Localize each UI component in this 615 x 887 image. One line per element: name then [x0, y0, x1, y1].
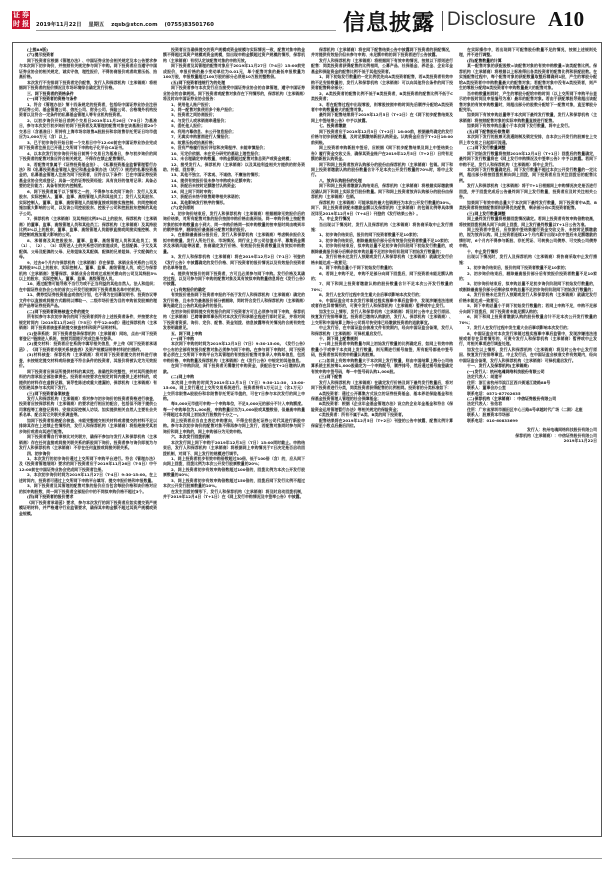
paragraph: 2、初步询价结束后，剔除最高报价部分后有效报价投资者数量不足10家的； [459, 271, 597, 282]
paragraph: 9、中国证监会对本次发行承销过程实施事中事后监管中，发现涉嫌违法违规或者存在异常… [311, 298, 453, 309]
issue-weekday: 星期五 [88, 22, 104, 28]
paragraph: 网下初始发行数量将按照2019年12月4日（T+1日）回拨后的数量确定，最终网下… [459, 151, 597, 167]
paragraph: 本次网下申购的时间为2019年12月3日（T日）9:30-15:00。《发行公告… [163, 341, 305, 363]
paragraph: 4、以本次发行初步询价开始日前两个交易日为基准日，参与初步询价的网下投资者的配售… [19, 151, 157, 162]
paragraph: 某一配售对象的获配股数=该配售对象的有效申购数量×该类配售比例。保荐机构（主承销… [459, 63, 597, 90]
paragraph: 配售结果将在2019年12月5日（T+2日）刊登的公告中披露，配售比例计算保留至… [311, 418, 453, 429]
paragraph: 所有拟参与本次初步询价的网下投资者须符合上述投资者条件，并按要求在规定时间内（2… [19, 314, 157, 330]
section-title-en: Disclosure [447, 9, 536, 31]
paragraph: 3、网上投资者初步有效申购倍数超过150倍的，回拨后网下发行比例不超过本次公开发… [163, 478, 305, 489]
paragraph: B类投资者：根据《企业年金基金管理办法》设立的企业年金基金和符合《保险资金运用管… [311, 401, 453, 412]
paragraph: 10、通过配售可能导致不当行为或不正当利益的其他自然人、法人和组织；在中国证券业… [19, 281, 157, 292]
paragraph: 3、已于初步询价开始日前一个交易日中午12:00前在中国证券业协会完成网下投资者… [19, 140, 157, 151]
paragraph: 网上投资者中签后，应依据中签结果履行资金交收义务，未按时足额缴款的，视为放弃认购… [459, 227, 597, 249]
paragraph: 6、若网上申购不足，申购不足部分向网下回拨后，网下投资者未能足额认购的； [311, 271, 453, 282]
paragraph: 当申购数量相同时，产生的零股分配给申购时间（以上交所网下申购平台显示的申报时间及… [459, 91, 597, 113]
paragraph: (2)提交材料：投资者应在系统中填写相关信息，并上传《网下投资者承诺函》、《网下… [19, 341, 157, 352]
paragraph: 11、未合理确定申购数量，申购金额超过配售对象总资产或资金规模； [163, 156, 305, 161]
paragraph: 1、网下初始发行数量的一定比例优先向A类投资者配售，若A类投资者有效申购不足安排… [311, 74, 453, 90]
paragraph: 3、若在配售过程中出现零股，则零股按照申购时间先后顺序分配给A类投资者中申购数量… [311, 102, 453, 113]
paragraph: 1、网上投资者初步有效申购倍数超过50倍、低于100倍（含）的，应从网下向网上回… [163, 456, 305, 467]
paragraph: 如果网下有效申购总量大于本次网下最终发行数量，网下投资者中A类、B类投资者将按照… [459, 200, 597, 211]
paragraph: 3、网下投资者及其管理的配售对象的报价应当包含每股价格和该价格对应的拟申购股数，… [19, 483, 157, 494]
signature-date: 2019年11月22日 [459, 438, 597, 443]
issue-date: 2019年11月22日 [36, 22, 82, 28]
paragraph: (一)网上投资者申购数量与网上初始发行数量的比例确定后，如网上有效申购数量小于或… [311, 341, 453, 357]
paragraph: 网下和网上投资者缴款认购结束后，保荐机构（主承销商）将根据实际缴款情况确认网下和… [311, 183, 453, 199]
paragraph: 网下和网上投资者放弃认购部分的股份由保荐机构（主承销商）包销。网下和网上投资者缴… [311, 162, 453, 178]
paragraph: 本次网下发行数量确定后，网下发行数量不超过本次公开发行数量的一定比例，超出部分将… [459, 167, 597, 183]
paragraph: 8、承销商及其控股股东、董事、监事、高级管理人员和其他员工；第（1）、（2）、（… [19, 238, 157, 260]
paragraph: 如网下投资者拒绝配合核查、未能完整提交相关材料或者提交的材料不足以排除其存在上述… [19, 418, 157, 434]
paragraph: 保荐机构（主承销商）可能承担的最大包销责任为本次公开发行数量的30%。网下、网上… [311, 200, 453, 216]
masthead: 证 券 时 报 2019年11月22日 星期五 zqsb@stcn.com (0… [0, 0, 615, 36]
paragraph: 投资者应当确保提交的资产规模或资金规模与实际情况一致，配售对象申购金额不得超过其… [163, 47, 305, 63]
paragraph: 网下投资者需自行审核比对关联方，确保不参加与发行人和保荐机构（主承销商）存在任何… [19, 434, 157, 450]
paragraph: 如果网下有效申购总量等于本次网下最终发行数量，发行人和保荐机构（主承销商）将按照… [459, 112, 597, 123]
paragraph: 网下投资者及其管理的配售对象应于2019年11月27日（T-4日）15:00前完… [163, 63, 305, 79]
paragraph: 9、过去6个月内与保荐机构（主承销商）存在保荐、承销业务关系的公司及其持股5%以… [19, 260, 157, 282]
paragraph: 8、中国证监会对本次发行承销过程实施事中事后监管中，发现涉嫌违法违规或者存在异常… [459, 331, 597, 347]
paragraph: 网下投资者参与本次发行应当接受中国证券业协会的自律管理，遵守中国证券业协会的自律… [163, 85, 305, 101]
contact-email: zqsb@stcn.com [111, 22, 157, 28]
paragraph: 12、接受发行人、保荐机构（主承销商）以及其他利益相关方提供的财务资助、补偿、回… [163, 162, 305, 173]
column-1: (上接A9版)(六)提示投资者网下投资者应根据《管理办法》、中国证券业协会相关规… [19, 47, 157, 832]
paragraph: 有效报价是指网下投资者申报的不低于发行人和保荐机构（主承销商）确定的发行价格，且… [163, 292, 305, 308]
paragraph: 本次网上申购的时间为2019年12月3日（T日）9:30-11:30，13:00… [163, 380, 305, 402]
paragraph: 最终网下配售结果将于2019年12月5日（T+2日）在《网下初步配售结果及网上中… [311, 112, 453, 123]
column-4: 在实际操作中，若出现网下可配售股份数量不足的情况，按照上述规则处理，并不进行调整… [459, 47, 597, 832]
logo-char: 证 [12, 11, 21, 20]
paragraph: 4、提供有效报价的网下投资者，方可且必须参与网下申购。发行价格及其确定过程，以及… [163, 271, 305, 287]
paragraph: 2、在剔除最高部分报价后，发行人和保荐机构（主承销商）考虑剩余报价及拟申购数量、… [163, 232, 305, 254]
footer-rule [12, 858, 602, 859]
masthead-rule [36, 30, 336, 31]
paragraph: 发行人和保荐机构（主承销商）将根据网下有效申购情况，按照以下原则进行配售：同类投… [311, 58, 453, 74]
paragraph: 1、初步询价结束后，发行人和保荐机构（主承销商）根据剔除无效报价后的询价结果，对… [163, 211, 305, 233]
paragraph: 6、网下和网上投资者缴款认购的股份数量合计不足本次公开发行数量的70%； [459, 314, 597, 325]
column-3: 保荐机构（主承销商）将在网下配售结果公告中披露网下投资者的获配情况，并对提供有效… [311, 47, 453, 832]
column-2: 投资者应当确保提交的资产规模或资金规模与实际情况一致，配售对象申购金额不得超过其… [163, 47, 305, 832]
paragraph: (3)材料核查：保荐机构（主承销商）将对网下投资者提交的材料进行核查，未按规定提… [19, 352, 157, 368]
paragraph: 1、符合《管理办法》第十四条规定的投资者，包括经中国证券业协会注册的证券公司、基… [19, 102, 157, 118]
paragraph: 6、网下投资者属于以下情形之一的，不得参与本次网下询价：发行人及其股东、实际控制… [19, 189, 157, 216]
paragraph: 2、网上投资者初步有效申购倍数超过100倍的，回拨比例为本次公开发行股票数量的4… [163, 467, 305, 478]
paragraph: A类投资者：通过公开募集方式设立的证券投资基金、基本养老保险基金和社保基金投资管… [311, 391, 453, 402]
article-frame: (上接A9版)(六)提示投资者网下投资者应根据《管理办法》、中国证券业协会相关规… [12, 42, 602, 837]
paragraph: 3、初步询价结束后，拟申购总量不足初步询价阶段网下初始发行数量的，或剔除最高报价… [459, 281, 597, 292]
masthead-meta: 2019年11月22日 星期五 zqsb@stcn.com (0755)8350… [36, 21, 219, 28]
paragraph: 5、网下申购总量小于网下初始发行数量的；若网上申购不足，申购不足部分向网下回拨后… [459, 303, 597, 314]
paragraph: 3、发行人和保荐机构（主承销商）将在2019年12月2日（T-1日）刊登的《发行… [163, 254, 305, 270]
paragraph: 中止发行后，在中国证监会核准文件有效期内，经向中国证监会备案，发行人和保荐机构（… [311, 325, 453, 336]
paragraph: 2、A类投资者的配售比例不低于B类投资者，B类投资者的配售比例不低于C类投资者； [311, 91, 453, 102]
paragraph: 4、发行价格未达发行人预期或发行人和保荐机构（主承销商）就确定发行价格未能达成一… [459, 292, 597, 303]
logo-char: 报 [21, 20, 30, 29]
paragraph: 在网下申购阶段，网下投资者无需缴付申购资金，获配后在T+2日缴纳认购款。 [163, 363, 305, 374]
paragraph: 当出现以下情况时，发行人及保荐机构（主承销商）将协商采取中止发行措施： [311, 222, 453, 233]
paragraph: (1)登录系统：网下投资者登录保荐机构（主承销商）网站，点击“网下投资者登记”链… [19, 331, 157, 342]
paragraph: (二)如网上有效申购数量大于本次网上发行数量，则由中国结算上海分公司结算系统主机… [311, 358, 453, 374]
paragraph: 在发生回拨的情形下，发行人和保荐机构（主承销商）将及时启动回拨机制，并于2019… [163, 489, 305, 500]
paragraph: 出现以下情况时，发行人及保荐机构（主承销商）将协商采取中止发行措施： [459, 254, 597, 265]
paragraph: 2、本次初步询价时间为2019年11月27日（T-4日）9:30-15:00。在… [19, 472, 157, 483]
newspaper-logo: 证 券 时 报 [12, 11, 30, 29]
paragraph: 1、本次发行的初步询价通过上交所网下申购平台进行。符合《管理办法》及《投资者管理… [19, 456, 157, 472]
paragraph: 5、若配售对象属于《证券投资基金法》、《私募投资基金监督管理暂行办法》和《私募投… [19, 162, 157, 189]
paragraph: 网下投资者应于2019年12月5日（T+2日）16:00前，根据最终确定的发行价… [311, 129, 453, 145]
paragraph: 网上投资者申购新股中签后，应根据《网下初步配售结果及网上中签结果公告》履行资金交… [311, 145, 453, 161]
paragraph: 网下投资者应保证所提供材料的真实性、准确性和完整性，并对其所提供材料的内容承担全… [19, 369, 157, 391]
paragraph: 4、发行价格未达发行人预期或发行人和保荐机构（主承销商）就确定发行价格未能达成一… [311, 254, 453, 265]
paragraph: 网下投资者应根据《管理办法》、中国证券业协会相关规定及本公告要求参与本次网下初步… [19, 58, 157, 80]
section-title: 信息披露 [343, 6, 435, 37]
paragraph: 如发生以上情形，发行人和保荐机构（主承销商）将及时公告中止发行原因、恢复发行安排… [459, 347, 597, 363]
paragraph: 网上投资者应当自主表达申购意向，不得全权委托证券公司代其进行新股申购。参与本次初… [163, 418, 305, 434]
logo-char: 券 [21, 11, 30, 20]
paragraph: 每5,000元市值可申购一个申购单位，不足5,000元的部分不计入申购额度。每一… [163, 401, 305, 417]
paragraph: 2、以初步询价开始日前两个交易日2019年11月26日（T-5日）为基准日，参与… [19, 118, 157, 140]
paragraph: 网上最终发行数量将根据回拨情况确定。若网上投资者有效申购倍数较高，将按照回拨机制… [459, 216, 597, 227]
paragraph: 联系电话：010-60833699 [459, 418, 597, 423]
page-number: A10 [548, 7, 584, 32]
paragraph: 《网下投资者承诺函》要求，参与本次发行的网下投资者应如实提交资产规模证明材料，并… [19, 500, 157, 516]
paragraph: 本次网下发行的股票无流通限制及锁定安排，自本次公开发行的股票在上交所上市交易之日… [459, 134, 597, 145]
paragraph: 发行人和保荐机构（主承销商）在确定发行价格及网下最终发行数量后，将对网下投资者进… [311, 380, 453, 391]
paragraph: 7、网下和网上投资者缴款认购的股份数量合计不足本次公开发行数量的70%； [311, 281, 453, 292]
paragraph: 保荐机构（主承销商）将在网下配售结果公告中披露网下投资者的获配情况，并对提供有效… [311, 47, 453, 58]
paragraph: 如发生以上情形，发行人和保荐机构（主承销商）将及时公告中止发行原因、恢复发行安排… [311, 309, 453, 325]
contact-phone: (0755)83501760 [165, 22, 214, 28]
paragraph: 发行人和保荐机构（主承销商）将对参与初步询价的投资者资格进行核查，投资者应按保荐… [19, 396, 157, 418]
paragraph: 11、债券型证券投资基金或信托计划，也不得为在招募说明书、投资协议等文件中以直接… [19, 292, 157, 308]
paragraph: 发行人和保荐机构（主承销商）将于T+1日根据网上申购情况决定是否进行回拨，并于回… [459, 183, 597, 199]
paragraph: 本次发行不安排网下投资者定价配售，发行人和保荐机构（主承销商）将根据网下投资者的… [19, 80, 157, 91]
paragraph: 7、保荐机构（主承销商）及其持股比例5%以上的股东，保荐机构（主承销商）的董事、… [19, 216, 157, 238]
paragraph: 3、初步询价结束后，拟申购总量不足初步询价阶段网下初始发行数量的，或剔除最高报价… [311, 243, 453, 254]
paragraph: 本次发行网上网下申购于2019年12月3日（T日）15:00同时截止。申购结束后… [163, 440, 305, 456]
signature-block: 发行人：杭州电魂网络科技股份有限公司保荐机构（主承销商）：中信证券股份有限公司2… [459, 427, 597, 443]
title-divider [442, 11, 443, 31]
paragraph: 在实际操作中，若出现网下可配售股份数量不足的情况，按照上述规则处理，并不进行调整… [459, 47, 597, 58]
logo-char: 时 [12, 20, 21, 29]
paragraph: 在初步询价期间提交有效报价的网下投资者方可且必须参与网下申购，保荐机构（主承销商… [163, 309, 305, 331]
